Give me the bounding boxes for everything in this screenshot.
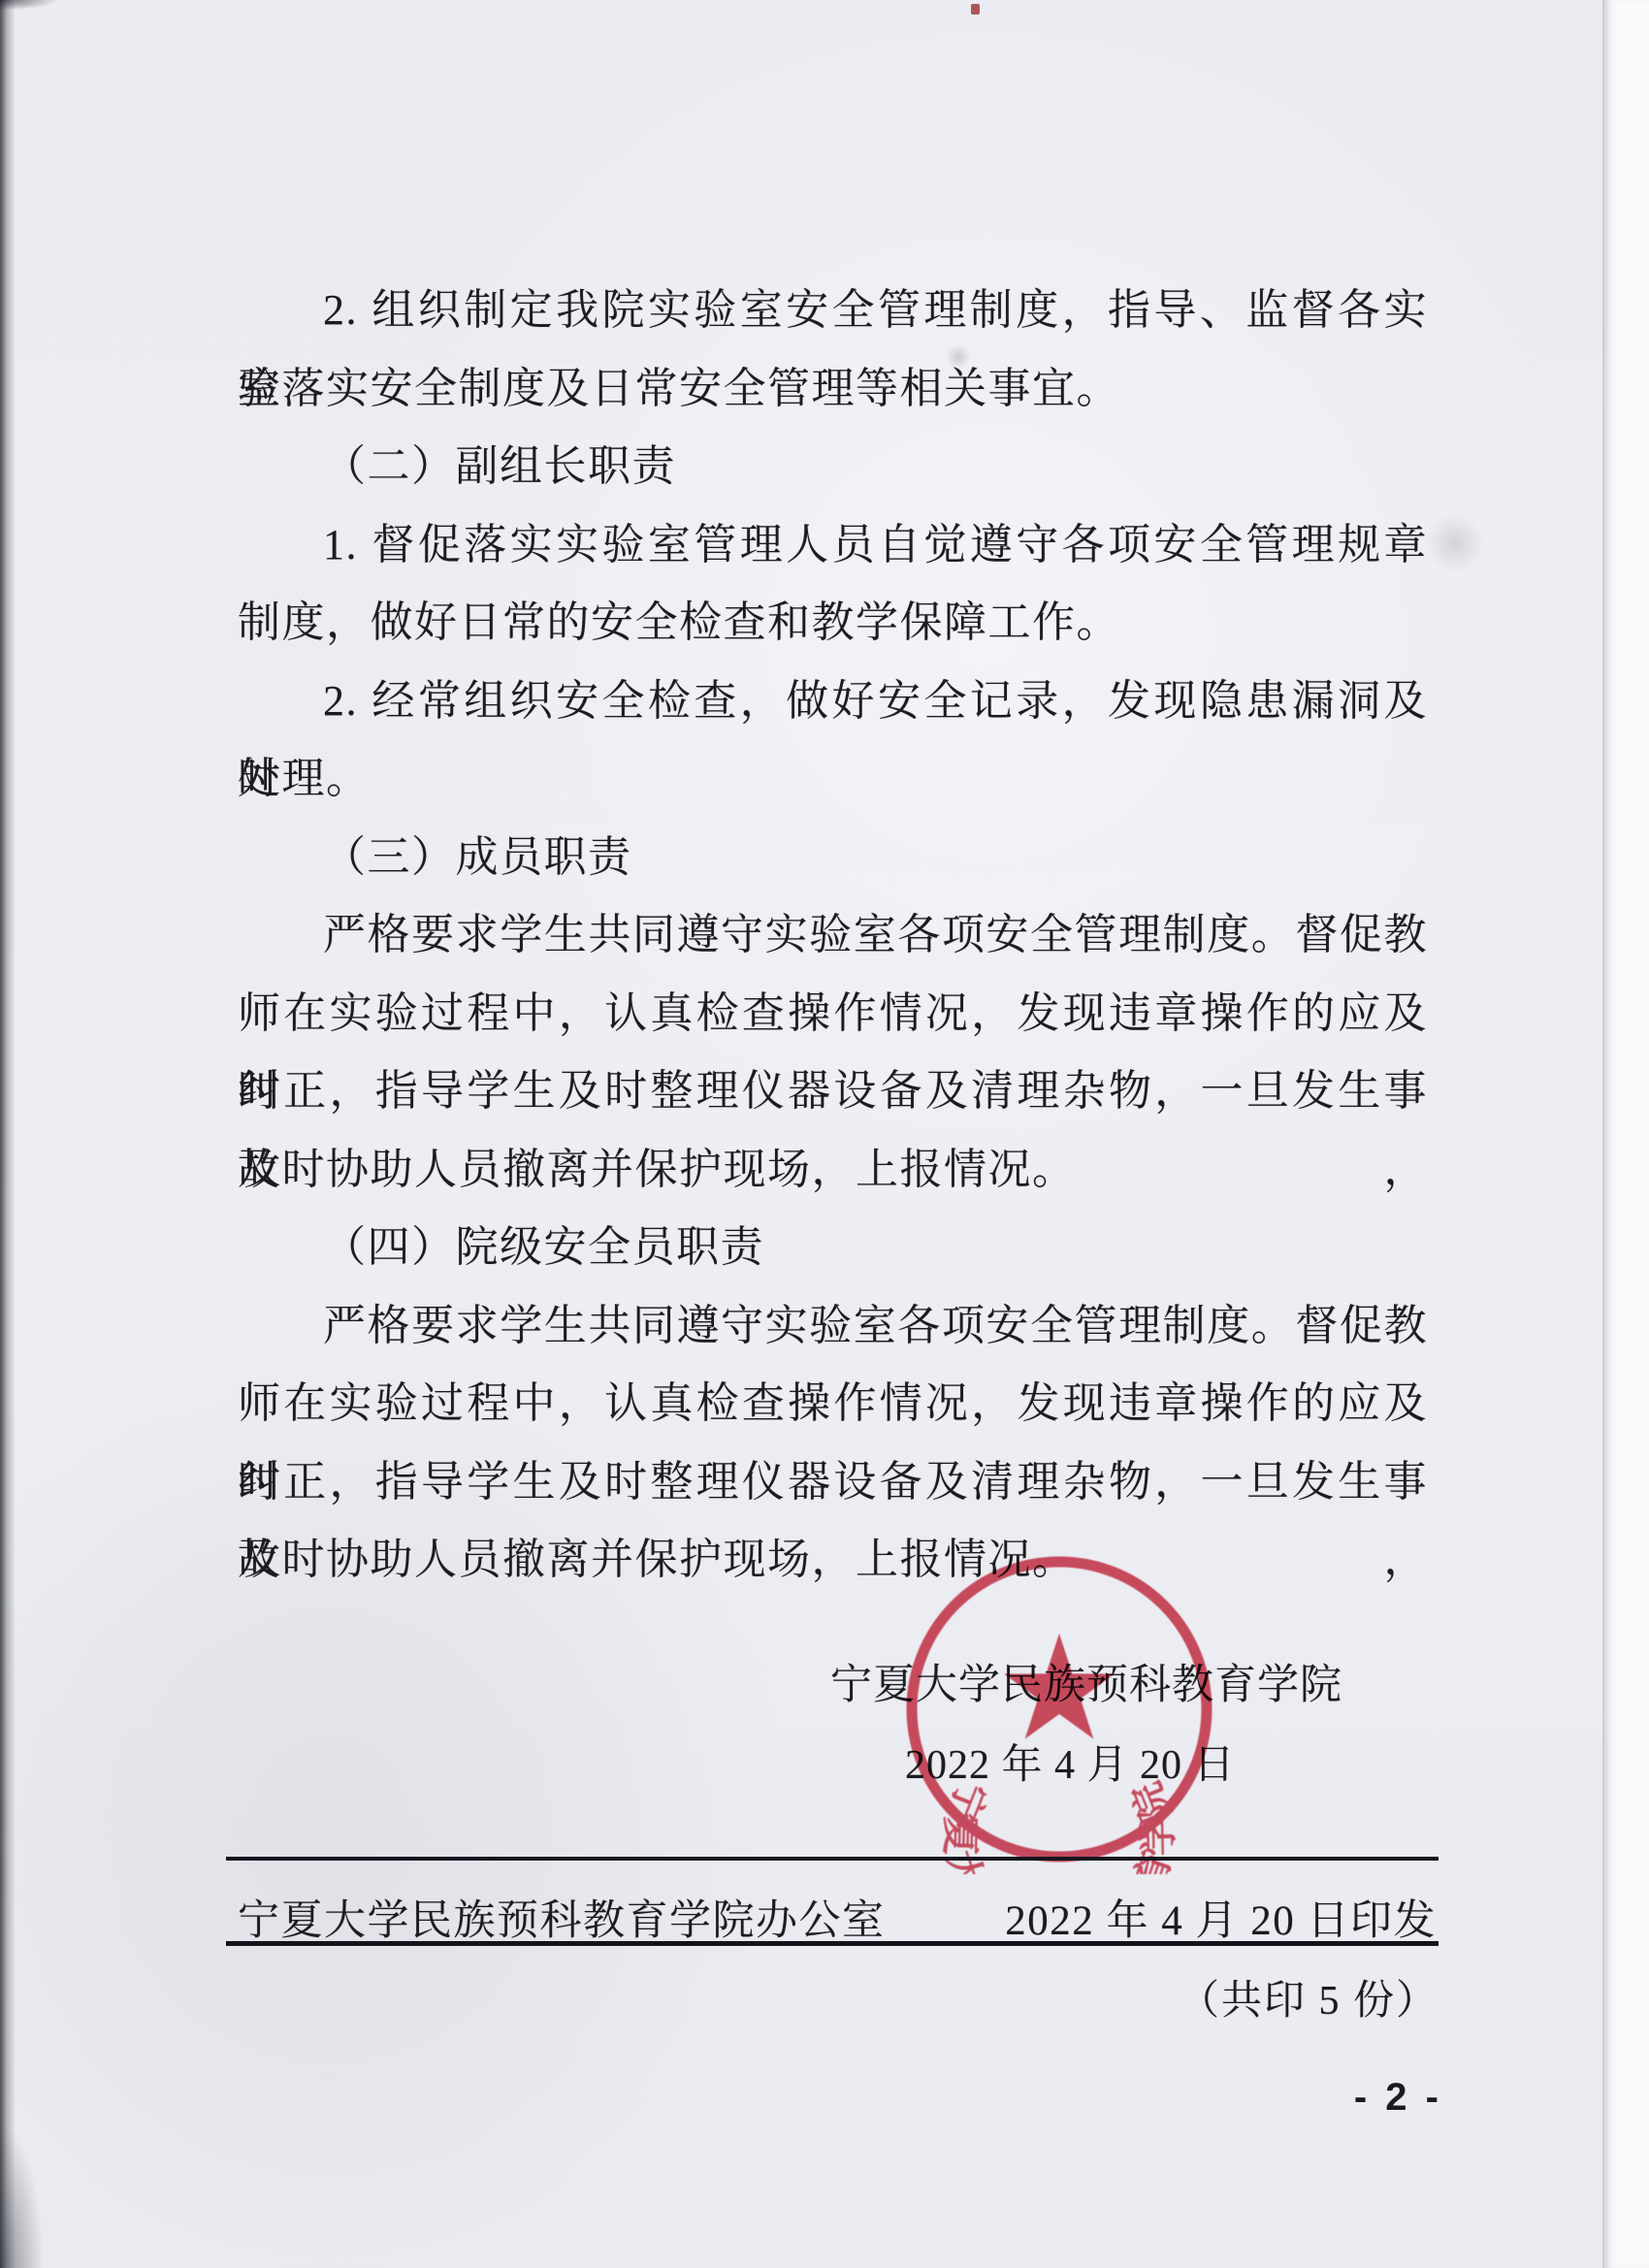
section-heading: （二）副组长职责 [238, 428, 1428, 506]
scan-corner-shadow-bottom [0, 2055, 68, 2268]
body-line: 严格要求学生共同遵守实验室各项安全管理制度。督促教 [238, 1287, 1428, 1366]
body-line: 1. 督促落实实验室管理人员自觉遵守各项安全管理规章 [238, 506, 1428, 585]
scan-smudge [1426, 514, 1484, 572]
footer-copies-note: （共印 5 份） [1179, 1968, 1439, 2026]
document-body: 2. 组织制定我院实验室安全管理制度，指导、监督各实验 室落实安全制度及日常安全… [238, 272, 1428, 1600]
page-number: - 2 - [1354, 2076, 1442, 2120]
body-line: 师在实验过程中，认真检查操作情况，发现违章操作的应及时 [238, 1365, 1428, 1443]
scan-right-edge [1602, 0, 1649, 2268]
body-line: 纠正，指导学生及时整理仪器设备及清理杂物，一旦发生事故， [238, 1053, 1428, 1131]
section-heading: （四）院级安全员职责 [238, 1209, 1428, 1287]
body-line: 制度，做好日常的安全检查和教学保障工作。 [238, 584, 1428, 663]
footer-row: 宁夏大学民族预科教育学院办公室 2022 年 4 月 20 日印发 [238, 1888, 1437, 1947]
section-heading: （三）成员职责 [238, 819, 1428, 897]
scan-speck [971, 4, 980, 15]
footer-rule-top [226, 1857, 1439, 1861]
scan-left-shadow [0, 0, 16, 2268]
body-line: 师在实验过程中，认真检查操作情况，发现违章操作的应及时 [238, 975, 1428, 1053]
footer-rule-bottom [226, 1941, 1439, 1946]
body-line: 处理。 [238, 740, 1428, 819]
official-seal: 宁夏大学民族预科教育学院 [894, 1544, 1224, 1874]
body-line: 室落实安全制度及日常安全管理等相关事宜。 [238, 350, 1428, 429]
footer-issue-date: 2022 年 4 月 20 日印发 [1005, 1888, 1437, 1947]
body-line: 2. 组织制定我院实验室安全管理制度，指导、监督各实验 [238, 272, 1428, 350]
footer-office: 宁夏大学民族预科教育学院办公室 [238, 1888, 886, 1947]
star-icon [1004, 1634, 1115, 1739]
body-line: 严格要求学生共同遵守实验室各项安全管理制度。督促教 [238, 896, 1428, 975]
body-line: 2. 经常组织安全检查，做好安全记录，发现隐患漏洞及时 [238, 663, 1428, 741]
body-line: 纠正，指导学生及时整理仪器设备及清理杂物，一旦发生事故， [238, 1443, 1428, 1522]
scanned-document-page: 2. 组织制定我院实验室安全管理制度，指导、监督各实验 室落实安全制度及日常安全… [0, 0, 1649, 2268]
scan-corner-shadow-top [0, 0, 87, 16]
